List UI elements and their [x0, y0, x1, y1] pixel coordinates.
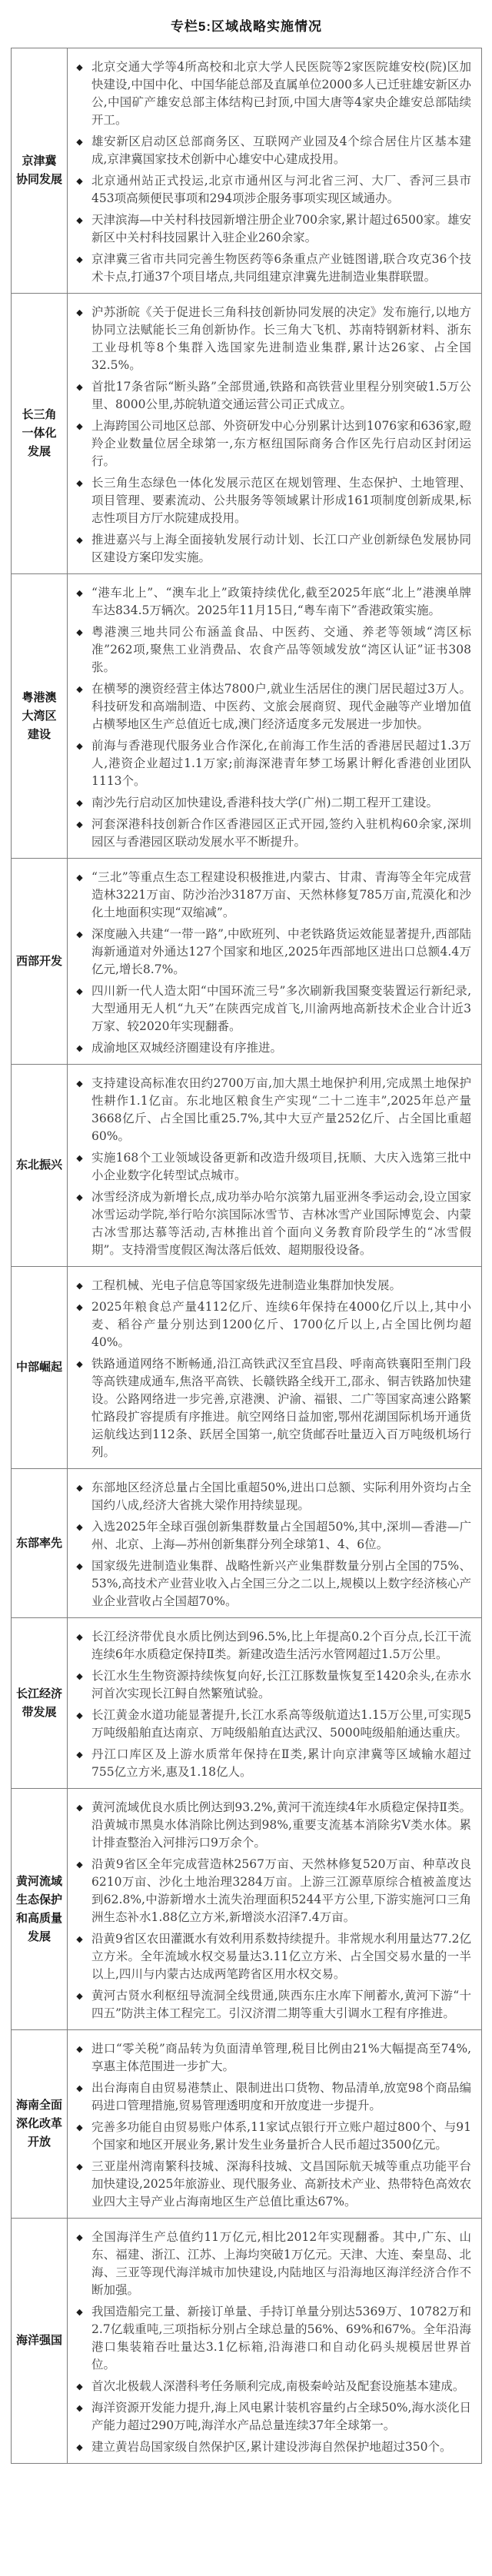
- diamond-bullet-icon: ◆: [68, 211, 91, 247]
- bullet-item: ◆雄安新区启动区总部商务区、互联网产业园及4个综合居住片区基本建成,京津冀国家技…: [68, 133, 476, 168]
- diamond-bullet-icon: ◆: [68, 531, 91, 567]
- diamond-bullet-icon: ◆: [68, 2158, 91, 2211]
- region-content-greater-bay-area: ◆“港车北上”、“澳车北上”政策持续优化,截至2025年底“北上”港澳单牌车达8…: [68, 574, 481, 858]
- diamond-bullet-icon: ◆: [68, 1987, 91, 2023]
- table-row-western-development: 西部开发◆“三北”等重点生态工程建设积极推进,内蒙古、甘肃、青海等全年完成营造林…: [12, 859, 481, 1065]
- bullet-item: ◆推进嘉兴与上海全面接轨发展行动计划、长江口产业创新绿色发展协同区建设方案印发实…: [68, 531, 476, 567]
- bullet-item: ◆天津滨海—中关村科技园新增注册企业700余家,累计超过6500家。雄安新区中关…: [68, 211, 476, 247]
- region-label-maritime-power: 海洋强国: [12, 2219, 68, 2463]
- region-label-western-development: 西部开发: [12, 859, 68, 1064]
- bullet-text: 河套深港科技创新合作区香港园区正式开园,签约入驻机构60余家,深圳园区与香港园区…: [91, 816, 476, 851]
- diamond-bullet-icon: ◆: [68, 304, 91, 374]
- bullet-item: ◆前海与香港现代服务业合作深化,在前海工作生活的香港居民超过1.3万人,港资企业…: [68, 737, 476, 790]
- bullet-text: 全国海洋生产总值约11万亿元,相比2012年实现翻番。其中,广东、山东、福建、浙…: [91, 2229, 476, 2299]
- bullet-item: ◆首次北极载人深潜科考任务顺利完成,南极秦岭站及配套设施基本建成。: [68, 2378, 476, 2395]
- bullet-text: 黄河流域优良水质比例达到93.2%,黄河干流连续4年水质稳定保持Ⅱ类。沿黄城市黑…: [91, 1799, 476, 1852]
- diamond-bullet-icon: ◆: [68, 584, 91, 620]
- region-label-yangtze-delta-integration: 长三角 一体化 发展: [12, 294, 68, 573]
- diamond-bullet-icon: ◆: [68, 1277, 91, 1295]
- diamond-bullet-icon: ◆: [68, 58, 91, 129]
- bullet-text: 长江经济带优良水质比例达到96.5%,比上年提高0.2个百分点,长江干流连续6年…: [91, 1628, 476, 1664]
- region-content-yangtze-economic-belt: ◆长江经济带优良水质比例达到96.5%,比上年提高0.2个百分点,长江干流连续6…: [68, 1618, 481, 1788]
- bullet-item: ◆上海跨国公司地区总部、外资研发中心分别累计达到1076家和636家,瞪羚企业数…: [68, 417, 476, 470]
- bullet-text: 进口“零关税”商品转为负面清单管理,税目比例由21%大幅提高至74%,享惠主体范…: [91, 2040, 476, 2076]
- bullet-text: 南沙先行启动区加快建设,香港科技大学(广州)二期工程开工建设。: [91, 794, 476, 812]
- bullet-item: ◆长江水生生物资源持续恢复向好,长江江豚数量恢复至1420余头,在赤水河首次实现…: [68, 1667, 476, 1703]
- diamond-bullet-icon: ◆: [68, 982, 91, 1035]
- diamond-bullet-icon: ◆: [68, 623, 91, 676]
- bullet-text: 三亚崖州湾南繁科技城、深海科技城、文昌国际航天城等重点功能平台加快建设,2025…: [91, 2158, 476, 2211]
- bullet-item: ◆三亚崖州湾南繁科技城、深海科技城、文昌国际航天城等重点功能平台加快建设,202…: [68, 2158, 476, 2211]
- diamond-bullet-icon: ◆: [68, 133, 91, 168]
- bullet-item: ◆“港车北上”、“澳车北上”政策持续优化,截至2025年底“北上”港澳单牌车达8…: [68, 584, 476, 620]
- column5-table: 京津冀 协同发展◆北京交通大学等4所高校和北京大学人民医院等2家医院雄安校(院)…: [11, 48, 482, 2464]
- region-label-central-rise: 中部崛起: [12, 1267, 68, 1468]
- diamond-bullet-icon: ◆: [68, 1518, 91, 1554]
- bullet-text: 东部地区经济总量占全国比重超50%,进出口总额、实际利用外资均占全国约八成,经济…: [91, 1479, 476, 1514]
- diamond-bullet-icon: ◆: [68, 2119, 91, 2154]
- region-label-eastern-first: 东部率先: [12, 1469, 68, 1617]
- bullet-item: ◆成渝地区双城经济圈建设有序推进。: [68, 1039, 476, 1057]
- region-label-yellow-river-basin: 黄河流域 生态保护 和高质量 发展: [12, 1789, 68, 2029]
- bullet-item: ◆粤港澳三地共同公布涵盖食品、中医药、交通、养老等领域“湾区标准”262项,聚焦…: [68, 623, 476, 676]
- diamond-bullet-icon: ◆: [68, 1479, 91, 1514]
- bullet-item: ◆出台海南自由贸易港禁止、限制进出口货物、物品清单,放宽98个商品编码进口管理措…: [68, 2079, 476, 2115]
- bullet-text: 天津滨海—中关村科技园新增注册企业700余家,累计超过6500家。雄安新区中关村…: [91, 211, 476, 247]
- diamond-bullet-icon: ◆: [68, 1930, 91, 1983]
- bullet-item: ◆完善多功能自由贸易账户体系,11家试点银行开立账户超过800个、与91个国家和…: [68, 2119, 476, 2154]
- diamond-bullet-icon: ◆: [68, 680, 91, 733]
- bullet-item: ◆海洋资源开发能力提升,海上风电累计装机容量约占全球50%,海水淡化日产能力超过…: [68, 2399, 476, 2435]
- region-content-yangtze-delta-integration: ◆沪苏浙皖《关于促进长三角科技创新协同发展的决定》发布施行,以地方协同立法赋能长…: [68, 294, 481, 573]
- table-row-eastern-first: 东部率先◆东部地区经济总量占全国比重超50%,进出口总额、实际利用外资均占全国约…: [12, 1469, 481, 1618]
- diamond-bullet-icon: ◆: [68, 1856, 91, 1926]
- diamond-bullet-icon: ◆: [68, 1628, 91, 1664]
- bullet-text: 沿黄9省区全年完成营造林2567万亩、天然林修复520万亩、种草改良6210万亩…: [91, 1856, 476, 1926]
- bullet-text: 前海与香港现代服务业合作深化,在前海工作生活的香港居民超过1.3万人,港资企业超…: [91, 737, 476, 790]
- bullet-text: 长三角生态绿色一体化发展示范区在规划管理、生态保护、土地管理、项目管理、要素流动…: [91, 474, 476, 527]
- bullet-text: 支持建设高标准农田约2700万亩,加大黑土地保护利用,完成黑土地保护性耕作1.1…: [91, 1075, 476, 1145]
- bullet-text: 推进嘉兴与上海全面接轨发展行动计划、长江口产业创新绿色发展协同区建设方案印发实施…: [91, 531, 476, 567]
- diamond-bullet-icon: ◆: [68, 1075, 91, 1145]
- bullet-item: ◆首批17条省际“断头路”全部贯通,铁路和高铁营业里程分别突破1.5万公里、80…: [68, 378, 476, 414]
- diamond-bullet-icon: ◆: [68, 2378, 91, 2395]
- bullet-item: ◆工程机械、光电子信息等国家级先进制造业集群加快发展。: [68, 1277, 476, 1295]
- bullet-text: 铁路通道网络不断畅通,沿江高铁武汉至宜昌段、呼南高铁襄阳至荆门段等高铁建成通车,…: [91, 1355, 476, 1461]
- bullet-item: ◆我国造船完工量、新接订单量、手持订单量分别达5369万、10782万和2.7亿…: [68, 2303, 476, 2374]
- table-row-northeast-revitalization: 东北振兴◆支持建设高标准农田约2700万亩,加大黑土地保护利用,完成黑土地保护性…: [12, 1065, 481, 1267]
- bullet-text: 海洋资源开发能力提升,海上风电累计装机容量约占全球50%,海水淡化日产能力超过2…: [91, 2399, 476, 2435]
- bullet-text: 国家级先进制造业集群、战略性新兴产业集群数量分别占全国的75%、53%,高技术产…: [91, 1557, 476, 1610]
- bullet-text: 长江黄金水道功能显著提升,长江水系高等级航道达1.15万公里,可实现5万吨级船舶…: [91, 1707, 476, 1742]
- region-content-eastern-first: ◆东部地区经济总量占全国比重超50%,进出口总额、实际利用外资均占全国约八成,经…: [68, 1469, 481, 1617]
- bullet-text: 首批17条省际“断头路”全部贯通,铁路和高铁营业里程分别突破1.5万公里、800…: [91, 378, 476, 414]
- bullet-text: 上海跨国公司地区总部、外资研发中心分别累计达到1076家和636家,瞪羚企业数量…: [91, 417, 476, 470]
- region-label-greater-bay-area: 粤港澳 大湾区 建设: [12, 574, 68, 858]
- bullet-item: ◆河套深港科技创新合作区香港园区正式开园,签约入驻机构60余家,深圳园区与香港园…: [68, 816, 476, 851]
- bullet-item: ◆“三北”等重点生态工程建设积极推进,内蒙古、甘肃、青海等全年完成营造林3221…: [68, 869, 476, 922]
- region-content-maritime-power: ◆全国海洋生产总值约11万亿元,相比2012年实现翻番。其中,广东、山东、福建、…: [68, 2219, 481, 2463]
- diamond-bullet-icon: ◆: [68, 251, 91, 286]
- bullet-text: 成渝地区双城经济圈建设有序推进。: [91, 1039, 476, 1057]
- diamond-bullet-icon: ◆: [68, 474, 91, 527]
- bullet-item: ◆北京交通大学等4所高校和北京大学人民医院等2家医院雄安校(院)区加快建设,中国…: [68, 58, 476, 129]
- bullet-item: ◆京津冀三省市共同完善生物医药等6条重点产业链图谱,联合攻克36个技术卡点,打通…: [68, 251, 476, 286]
- bullet-item: ◆丹江口库区及上游水质常年保持在Ⅱ类,累计向京津冀等区域输水超过755亿立方米,…: [68, 1746, 476, 1781]
- bullet-item: ◆实施168个工业领域设备更新和改造升级项目,抚顺、大庆入选第三批中小企业数字化…: [68, 1149, 476, 1185]
- bullet-item: ◆东部地区经济总量占全国比重超50%,进出口总额、实际利用外资均占全国约八成,经…: [68, 1479, 476, 1514]
- bullet-text: 雄安新区启动区总部商务区、互联网产业园及4个综合居住片区基本建成,京津冀国家技术…: [91, 133, 476, 168]
- bullet-item: ◆四川新一代人造太阳“中国环流三号”多次刷新我国聚变装置运行新纪录,大型通用无人…: [68, 982, 476, 1035]
- diamond-bullet-icon: ◆: [68, 1746, 91, 1781]
- bullet-item: ◆长江黄金水道功能显著提升,长江水系高等级航道达1.15万公里,可实现5万吨级船…: [68, 1707, 476, 1742]
- bullet-item: ◆2025年粮食总产量4112亿斤、连续6年保持在4000亿斤以上,其中小麦、稻…: [68, 1298, 476, 1351]
- diamond-bullet-icon: ◆: [68, 2040, 91, 2076]
- diamond-bullet-icon: ◆: [68, 378, 91, 414]
- bullet-item: ◆建立黄岩岛国家级自然保护区,累计建设涉海自然保护地超过350个。: [68, 2438, 476, 2456]
- page-title: 专栏5:区域战略实施情况: [11, 15, 482, 35]
- diamond-bullet-icon: ◆: [68, 1298, 91, 1351]
- diamond-bullet-icon: ◆: [68, 794, 91, 812]
- bullet-item: ◆长江经济带优良水质比例达到96.5%,比上年提高0.2个百分点,长江干流连续6…: [68, 1628, 476, 1664]
- region-content-yellow-river-basin: ◆黄河流域优良水质比例达到93.2%,黄河干流连续4年水质稳定保持Ⅱ类。沿黄城市…: [68, 1789, 481, 2029]
- diamond-bullet-icon: ◆: [68, 926, 91, 979]
- bullet-text: 出台海南自由贸易港禁止、限制进出口货物、物品清单,放宽98个商品编码进口管理措施…: [91, 2079, 476, 2115]
- bullet-text: “三北”等重点生态工程建设积极推进,内蒙古、甘肃、青海等全年完成营造林3221万…: [91, 869, 476, 922]
- region-content-hainan-reform-opening: ◆进口“零关税”商品转为负面清单管理,税目比例由21%大幅提高至74%,享惠主体…: [68, 2030, 481, 2218]
- bullet-item: ◆铁路通道网络不断畅通,沿江高铁武汉至宜昌段、呼南高铁襄阳至荆门段等高铁建成通车…: [68, 1355, 476, 1461]
- diamond-bullet-icon: ◆: [68, 2303, 91, 2374]
- bullet-item: ◆沿黄9省区全年完成营造林2567万亩、天然林修复520万亩、种草改良6210万…: [68, 1856, 476, 1926]
- diamond-bullet-icon: ◆: [68, 2399, 91, 2435]
- region-content-jing-jin-ji: ◆北京交通大学等4所高校和北京大学人民医院等2家医院雄安校(院)区加快建设,中国…: [68, 48, 481, 293]
- bullet-text: 沪苏浙皖《关于促进长三角科技创新协同发展的决定》发布施行,以地方协同立法赋能长三…: [91, 304, 476, 374]
- bullet-text: 深度融入共建“一带一路”,中欧班列、中老铁路货运效能显著提升,西部陆海新通道对外…: [91, 926, 476, 979]
- bullet-text: 工程机械、光电子信息等国家级先进制造业集群加快发展。: [91, 1277, 476, 1295]
- bullet-text: 完善多功能自由贸易账户体系,11家试点银行开立账户超过800个、与91个国家和地…: [91, 2119, 476, 2154]
- table-row-maritime-power: 海洋强国◆全国海洋生产总值约11万亿元,相比2012年实现翻番。其中,广东、山东…: [12, 2219, 481, 2463]
- table-row-hainan-reform-opening: 海南全面 深化改革 开放◆进口“零关税”商品转为负面清单管理,税目比例由21%大…: [12, 2030, 481, 2219]
- region-content-northeast-revitalization: ◆支持建设高标准农田约2700万亩,加大黑土地保护利用,完成黑土地保护性耕作1.…: [68, 1065, 481, 1266]
- diamond-bullet-icon: ◆: [68, 737, 91, 790]
- diamond-bullet-icon: ◆: [68, 1667, 91, 1703]
- region-label-yangtze-economic-belt: 长江经济 带发展: [12, 1618, 68, 1788]
- bullet-text: 京津冀三省市共同完善生物医药等6条重点产业链图谱,联合攻克36个技术卡点,打通3…: [91, 251, 476, 286]
- bullet-item: ◆长三角生态绿色一体化发展示范区在规划管理、生态保护、土地管理、项目管理、要素流…: [68, 474, 476, 527]
- bullet-item: ◆南沙先行启动区加快建设,香港科技大学(广州)二期工程开工建设。: [68, 794, 476, 812]
- bullet-text: 冰雪经济成为新增长点,成功举办哈尔滨第九届亚洲冬季运动会,设立国家冰雪运动学院,…: [91, 1188, 476, 1259]
- bullet-item: ◆国家级先进制造业集群、战略性新兴产业集群数量分别占全国的75%、53%,高技术…: [68, 1557, 476, 1610]
- bullet-item: ◆入选2025年全球百强创新集群数量占全国超50%,其中,深圳—香港—广州、北京…: [68, 1518, 476, 1554]
- table-row-jing-jin-ji: 京津冀 协同发展◆北京交通大学等4所高校和北京大学人民医院等2家医院雄安校(院)…: [12, 48, 481, 294]
- diamond-bullet-icon: ◆: [68, 1707, 91, 1742]
- bullet-item: ◆黄河古贤水利枢纽导流洞全线贯通,陕西东庄水库下闸蓄水,黄河下游“十四五”防洪主…: [68, 1987, 476, 2023]
- bullet-item: ◆进口“零关税”商品转为负面清单管理,税目比例由21%大幅提高至74%,享惠主体…: [68, 2040, 476, 2076]
- diamond-bullet-icon: ◆: [68, 2229, 91, 2299]
- bullet-text: 2025年粮食总产量4112亿斤、连续6年保持在4000亿斤以上,其中小麦、稻谷…: [91, 1298, 476, 1351]
- bullet-item: ◆深度融入共建“一带一路”,中欧班列、中老铁路货运效能显著提升,西部陆海新通道对…: [68, 926, 476, 979]
- bullet-item: ◆支持建设高标准农田约2700万亩,加大黑土地保护利用,完成黑土地保护性耕作1.…: [68, 1075, 476, 1145]
- bullet-text: 长江水生生物资源持续恢复向好,长江江豚数量恢复至1420余头,在赤水河首次实现长…: [91, 1667, 476, 1703]
- diamond-bullet-icon: ◆: [68, 1039, 91, 1057]
- table-row-central-rise: 中部崛起◆工程机械、光电子信息等国家级先进制造业集群加快发展。◆2025年粮食总…: [12, 1267, 481, 1469]
- region-content-western-development: ◆“三北”等重点生态工程建设积极推进,内蒙古、甘肃、青海等全年完成营造林3221…: [68, 859, 481, 1064]
- table-row-yellow-river-basin: 黄河流域 生态保护 和高质量 发展◆黄河流域优良水质比例达到93.2%,黄河干流…: [12, 1789, 481, 2030]
- bullet-item: ◆在横琴的澳资经营主体达7800户,就业生活居住的澳门居民超过3万人。科技研发和…: [68, 680, 476, 733]
- region-label-northeast-revitalization: 东北振兴: [12, 1065, 68, 1266]
- diamond-bullet-icon: ◆: [68, 2079, 91, 2115]
- bullet-text: 入选2025年全球百强创新集群数量占全国超50%,其中,深圳—香港—广州、北京、…: [91, 1518, 476, 1554]
- diamond-bullet-icon: ◆: [68, 1355, 91, 1461]
- region-label-jing-jin-ji: 京津冀 协同发展: [12, 48, 68, 293]
- bullet-text: 黄河古贤水利枢纽导流洞全线贯通,陕西东庄水库下闸蓄水,黄河下游“十四五”防洪主体…: [91, 1987, 476, 2023]
- diamond-bullet-icon: ◆: [68, 1188, 91, 1259]
- diamond-bullet-icon: ◆: [68, 1149, 91, 1185]
- table-row-yangtze-economic-belt: 长江经济 带发展◆长江经济带优良水质比例达到96.5%,比上年提高0.2个百分点…: [12, 1618, 481, 1789]
- bullet-text: “港车北上”、“澳车北上”政策持续优化,截至2025年底“北上”港澳单牌车达83…: [91, 584, 476, 620]
- bullet-text: 实施168个工业领域设备更新和改造升级项目,抚顺、大庆入选第三批中小企业数字化转…: [91, 1149, 476, 1185]
- bullet-text: 丹江口库区及上游水质常年保持在Ⅱ类,累计向京津冀等区域输水超过755亿立方米,惠…: [91, 1746, 476, 1781]
- bullet-text: 粤港澳三地共同公布涵盖食品、中医药、交通、养老等领域“湾区标准”262项,聚焦工…: [91, 623, 476, 676]
- bullet-text: 首次北极载人深潜科考任务顺利完成,南极秦岭站及配套设施基本建成。: [91, 2378, 476, 2395]
- bullet-text: 我国造船完工量、新接订单量、手持订单量分别达5369万、10782万和2.7亿载…: [91, 2303, 476, 2374]
- bullet-item: ◆沿黄9省区农田灌溉水有效利用系数持续提升。非常规水利用量达77.2亿立方米。全…: [68, 1930, 476, 1983]
- diamond-bullet-icon: ◆: [68, 869, 91, 922]
- diamond-bullet-icon: ◆: [68, 1557, 91, 1610]
- diamond-bullet-icon: ◆: [68, 172, 91, 208]
- bullet-item: ◆北京通州站正式投运,北京市通州区与河北省三河、大厂、香河三县市453项高频便民…: [68, 172, 476, 208]
- table-row-greater-bay-area: 粤港澳 大湾区 建设◆“港车北上”、“澳车北上”政策持续优化,截至2025年底“…: [12, 574, 481, 859]
- diamond-bullet-icon: ◆: [68, 417, 91, 470]
- diamond-bullet-icon: ◆: [68, 2438, 91, 2456]
- diamond-bullet-icon: ◆: [68, 1799, 91, 1852]
- bullet-item: ◆冰雪经济成为新增长点,成功举办哈尔滨第九届亚洲冬季运动会,设立国家冰雪运动学院…: [68, 1188, 476, 1259]
- diamond-bullet-icon: ◆: [68, 816, 91, 851]
- bullet-item: ◆黄河流域优良水质比例达到93.2%,黄河干流连续4年水质稳定保持Ⅱ类。沿黄城市…: [68, 1799, 476, 1852]
- region-content-central-rise: ◆工程机械、光电子信息等国家级先进制造业集群加快发展。◆2025年粮食总产量41…: [68, 1267, 481, 1468]
- bullet-text: 沿黄9省区农田灌溉水有效利用系数持续提升。非常规水利用量达77.2亿立方米。全年…: [91, 1930, 476, 1983]
- bullet-text: 北京通州站正式投运,北京市通州区与河北省三河、大厂、香河三县市453项高频便民事…: [91, 172, 476, 208]
- bullet-item: ◆全国海洋生产总值约11万亿元,相比2012年实现翻番。其中,广东、山东、福建、…: [68, 2229, 476, 2299]
- bullet-item: ◆沪苏浙皖《关于促进长三角科技创新协同发展的决定》发布施行,以地方协同立法赋能长…: [68, 304, 476, 374]
- region-label-hainan-reform-opening: 海南全面 深化改革 开放: [12, 2030, 68, 2218]
- bullet-text: 在横琴的澳资经营主体达7800户,就业生活居住的澳门居民超过3万人。科技研发和高…: [91, 680, 476, 733]
- table-row-yangtze-delta-integration: 长三角 一体化 发展◆沪苏浙皖《关于促进长三角科技创新协同发展的决定》发布施行,…: [12, 294, 481, 574]
- document-page: 专栏5:区域战略实施情况 京津冀 协同发展◆北京交通大学等4所高校和北京大学人民…: [0, 0, 492, 2478]
- bullet-text: 建立黄岩岛国家级自然保护区,累计建设涉海自然保护地超过350个。: [91, 2438, 476, 2456]
- bullet-text: 北京交通大学等4所高校和北京大学人民医院等2家医院雄安校(院)区加快建设,中国中…: [91, 58, 476, 129]
- bullet-text: 四川新一代人造太阳“中国环流三号”多次刷新我国聚变装置运行新纪录,大型通用无人机…: [91, 982, 476, 1035]
